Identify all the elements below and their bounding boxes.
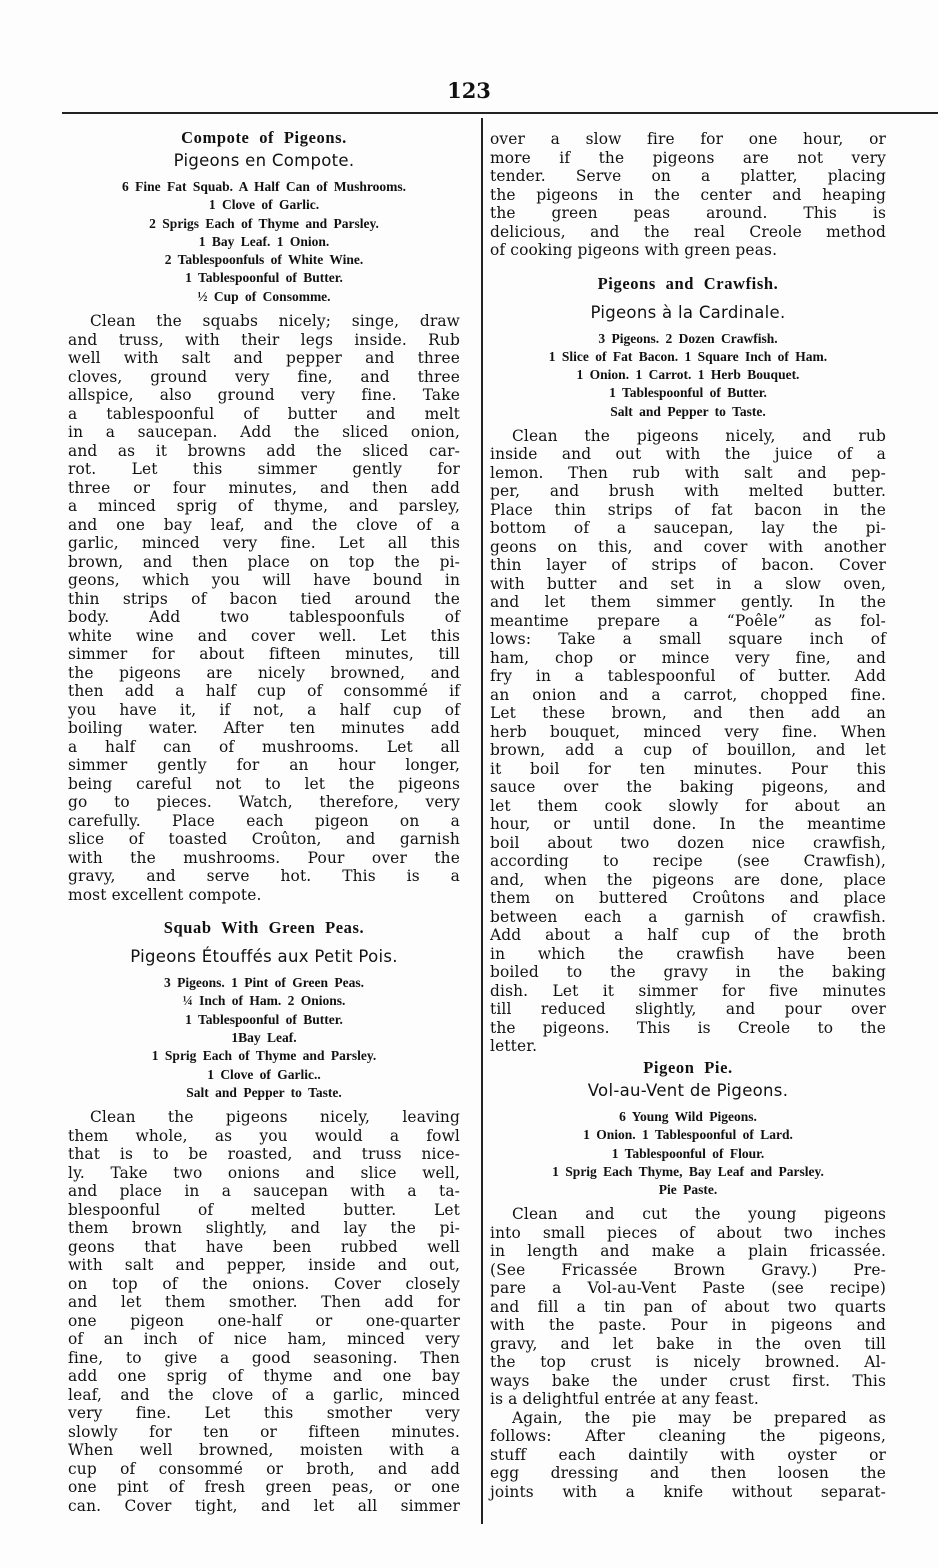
text-line: over a slow fire for one hour, or (490, 130, 886, 149)
ingredient-list: 3 Pigeons. 2 Dozen Crawfish.1 Slice of F… (490, 330, 886, 421)
text-line: (See Fricassée Brown Gravy.) Pre- (490, 1261, 886, 1280)
text-line: very fine. Let this smother very (68, 1404, 460, 1423)
text-line: between each a garnish of crawfish. (490, 908, 886, 927)
text-line: an onion and a carrot, chopped fine. (490, 686, 886, 705)
text-line: go to pieces. Watch, therefore, very (68, 793, 460, 812)
text-line: the pigeons are nicely browned, and (68, 664, 460, 683)
text-line: Clean the squabs nicely; singe, draw (68, 312, 460, 331)
text-line: with salt and pepper, inside and out, (68, 1256, 460, 1275)
text-line: cloves, ground very fine, and three (68, 368, 460, 387)
text-line: and as it browns add the sliced car- (68, 442, 460, 461)
text-line: lemon. Then rub with salt and pep- (490, 464, 886, 483)
ingredient-item: 3 Pigeons. 1 Pint of Green Peas. (68, 974, 460, 992)
text-line: brown, add a cup of bouillon, and let (490, 741, 886, 760)
ingredient-item: 1 Sprig Each Thyme, Bay Leaf and Parsley… (490, 1163, 886, 1181)
ingredient-item: 1 Tablespoonful of Butter. (68, 1011, 460, 1029)
text-line: and one bay leaf, and the clove of a (68, 516, 460, 535)
text-line: Place thin strips of fat bacon in the (490, 501, 886, 520)
text-line: and truss, with their legs inside. Rub (68, 331, 460, 350)
text-line: with the paste. Pour in pigeons and (490, 1316, 886, 1335)
text-line: boiled to the gravy in the baking (490, 963, 886, 982)
text-line: fry in a tablespoonful of butter. Add (490, 667, 886, 686)
ingredient-item: 1 Tablespoonful of Butter. (490, 384, 886, 402)
text-line: geons, which you will have bound in (68, 571, 460, 590)
ingredient-item: 1 Tablespoonful of Butter. (68, 269, 460, 287)
text-line: egg dressing and then loosen the (490, 1464, 886, 1483)
text-line: white wine and cover well. Let this (68, 627, 460, 646)
text-line: in a saucepan. Add the sliced onion, (68, 423, 460, 442)
text-line: and, when the pigeons are done, place (490, 871, 886, 890)
text-line: is a delightful entrée at any feast. (490, 1390, 886, 1409)
text-line: in length and make a plain fricassée. (490, 1242, 886, 1261)
ingredient-item: 1Bay Leaf. (68, 1029, 460, 1047)
text-line: leaf, and the clove of a garlic, minced (68, 1386, 460, 1405)
text-line: the pigeons. This is Creole to the (490, 1019, 886, 1038)
text-line: herb bouquet, minced very fine. When (490, 723, 886, 742)
ingredient-item: 3 Pigeons. 2 Dozen Crawfish. (490, 330, 886, 348)
text-line: simmer for about fifteen minutes, till (68, 645, 460, 664)
text-line: brown, and then place on top the pi- (68, 553, 460, 572)
text-line: till reduced slightly, and pour over (490, 1000, 886, 1019)
text-line: three or four minutes, and then add (68, 479, 460, 498)
text-line: them brown slightly, and lay the pi- (68, 1219, 460, 1238)
text-line: them on buttered Croûtons and place (490, 889, 886, 908)
text-line: of an inch of nice ham, minced very (68, 1330, 460, 1349)
text-line: Clean the pigeons nicely, and rub (490, 427, 886, 446)
text-line: geons that have been rubbed well (68, 1238, 460, 1257)
text-line: the pigeons in the center and heaping (490, 186, 886, 205)
text-line: garlic, minced very fine. Let all this (68, 534, 460, 553)
text-line: a half can of mushrooms. Let all (68, 738, 460, 757)
text-line: boiling water. After ten minutes add (68, 719, 460, 738)
text-line: a tablespoonful of butter and melt (68, 405, 460, 424)
recipe-instructions-alternate: Again, the pie may be prepared asfollows… (490, 1409, 886, 1502)
text-line: being careful not to let the pigeons (68, 775, 460, 794)
ingredient-item: 1 Sprig Each of Thyme and Parsley. (68, 1047, 460, 1065)
text-line: fine, to give a good seasoning. Then (68, 1349, 460, 1368)
recipe-subtitle: Vol-au-Vent de Pigeons. (490, 1080, 886, 1102)
recipe-instructions: Clean and cut the young pigeonsinto smal… (490, 1205, 886, 1409)
text-line: the green peas around. This is (490, 204, 886, 223)
text-line: carefully. Place each pigeon on a (68, 812, 460, 831)
text-line: allspice, also ground very fine. Take (68, 386, 460, 405)
text-line: on top of the onions. Cover closely (68, 1275, 460, 1294)
text-line: a minced sprig of thyme, and parsley, (68, 497, 460, 516)
continued-instructions: over a slow fire for one hour, ormore if… (490, 130, 886, 260)
text-line: Let these brown, and then add an (490, 704, 886, 723)
text-line: hour, or until done. In the meantime (490, 815, 886, 834)
recipe-title: Pigeons and Crawfish. (490, 274, 886, 294)
recipe-title: Pigeon Pie. (490, 1058, 886, 1078)
recipe-pigeon-pie: Pigeon Pie. Vol-au-Vent de Pigeons. 6 Yo… (490, 1058, 886, 1501)
text-line: add one sprig of thyme and one bay (68, 1367, 460, 1386)
right-column: over a slow fire for one hour, ormore if… (490, 130, 886, 1501)
text-line: that is to be roasted, and truss nice- (68, 1145, 460, 1164)
text-line: one pigeon one-half or one-quarter (68, 1312, 460, 1331)
ingredient-item: 1 Clove of Garlic. (68, 196, 460, 214)
text-line: you have it, if not, a half cup of (68, 701, 460, 720)
recipe-instructions: Clean the pigeons nicely, leavingthem wh… (68, 1108, 460, 1515)
text-line: it boil for ten minutes. Pour this (490, 760, 886, 779)
text-line: then add a half cup of consommé if (68, 682, 460, 701)
text-line: follows: After cleaning the pigeons, (490, 1427, 886, 1446)
text-line: bottom of a saucepan, lay the pi- (490, 519, 886, 538)
text-line: with the mushrooms. Pour over the (68, 849, 460, 868)
text-line: stuff each daintily with oyster or (490, 1446, 886, 1465)
text-line: can. Cover tight, and let all simmer (68, 1497, 460, 1516)
text-line: boil about two dozen nice crawfish, (490, 834, 886, 853)
text-line: one pint of fresh green peas, or one (68, 1478, 460, 1497)
text-line: body. Add two tablespoonfuls of (68, 608, 460, 627)
recipe-subtitle: Pigeons Étouffés aux Petit Pois. (68, 946, 460, 968)
text-line: and fill a tin pan of about two quarts (490, 1298, 886, 1317)
text-line: most excellent compote. (68, 886, 460, 905)
text-line: per, and brush with melted butter. (490, 482, 886, 501)
ingredient-item: 2 Sprigs Each of Thyme and Parsley. (68, 215, 460, 233)
recipe-subtitle: Pigeons à la Cardinale. (490, 302, 886, 324)
ingredient-item: 1 Onion. 1 Carrot. 1 Herb Bouquet. (490, 366, 886, 384)
recipe-instructions: Clean the squabs nicely; singe, drawand … (68, 312, 460, 904)
text-line: slice of toasted Croûton, and garnish (68, 830, 460, 849)
ingredient-list: 3 Pigeons. 1 Pint of Green Peas.¼ Inch o… (68, 974, 460, 1102)
text-line: inside and out with the juice of a (490, 445, 886, 464)
ingredient-item: 6 Young Wild Pigeons. (490, 1108, 886, 1126)
ingredient-list: 6 Fine Fat Squab. A Half Can of Mushroom… (68, 178, 460, 306)
text-line: pare a Vol-au-Vent Paste (see recipe) (490, 1279, 886, 1298)
book-page: 123 Compote of Pigeons. Pigeons en Compo… (0, 0, 938, 1568)
recipe-pigeons-and-crawfish: Pigeons and Crawfish. Pigeons à la Cardi… (490, 274, 886, 1056)
text-line: into small pieces of about two inches (490, 1224, 886, 1243)
text-line: dish. Let it simmer for five minutes (490, 982, 886, 1001)
text-line: gravy, and serve hot. This is a (68, 867, 460, 886)
ingredient-item: 1 Bay Leaf. 1 Onion. (68, 233, 460, 251)
ingredient-item: 1 Slice of Fat Bacon. 1 Square Inch of H… (490, 348, 886, 366)
ingredient-item: Pie Paste. (490, 1181, 886, 1199)
text-line: according to recipe (see Crawfish), (490, 852, 886, 871)
recipe-title: Squab With Green Peas. (68, 918, 460, 938)
text-line: thin layer of strips of bacon. Cover (490, 556, 886, 575)
text-line: Again, the pie may be prepared as (490, 1409, 886, 1428)
text-line: cup of consommé or broth, and add (68, 1460, 460, 1479)
text-line: and place in a saucepan with a ta- (68, 1182, 460, 1201)
ingredient-item: 2 Tablespoonfuls of White Wine. (68, 251, 460, 269)
left-column: Compote of Pigeons. Pigeons en Compote. … (68, 128, 460, 1515)
ingredient-item: Salt and Pepper to Taste. (490, 403, 886, 421)
page-number: 123 (0, 78, 938, 103)
text-line: lows: Take a small square inch of (490, 630, 886, 649)
recipe-squab-with-green-peas: Squab With Green Peas. Pigeons Étouffés … (68, 918, 460, 1515)
ingredient-item: ¼ Inch of Ham. 2 Onions. (68, 992, 460, 1010)
text-line: the top crust is nicely browned. Al- (490, 1353, 886, 1372)
ingredient-list: 6 Young Wild Pigeons.1 Onion. 1 Tablespo… (490, 1108, 886, 1199)
ingredient-item: 1 Onion. 1 Tablespoonful of Lard. (490, 1126, 886, 1144)
text-line: gravy, and let bake in the oven till (490, 1335, 886, 1354)
text-line: ly. Take two onions and slice well, (68, 1164, 460, 1183)
ingredient-item: 1 Tablespoonful of Flour. (490, 1145, 886, 1163)
text-line: sauce over the baking pigeons, and (490, 778, 886, 797)
ingredient-item: ½ Cup of Consomme. (68, 288, 460, 306)
text-line: and let them simmer gently. In the (490, 593, 886, 612)
text-line: ham, chop or mince very fine, and (490, 649, 886, 668)
text-line: with butter and set in a slow oven, (490, 575, 886, 594)
text-line: meantime prepare a “Poêle” as fol- (490, 612, 886, 631)
recipe-instructions: Clean the pigeons nicely, and rubinside … (490, 427, 886, 1056)
text-line: let them cook slowly for about an (490, 797, 886, 816)
text-line: simmer gently for an hour longer, (68, 756, 460, 775)
recipe-subtitle: Pigeons en Compote. (68, 150, 460, 172)
recipe-compote-of-pigeons: Compote of Pigeons. Pigeons en Compote. … (68, 128, 460, 904)
text-line: of cooking pigeons with green peas. (490, 241, 886, 260)
ingredient-item: 6 Fine Fat Squab. A Half Can of Mushroom… (68, 178, 460, 196)
text-line: joints with a knife without separat- (490, 1483, 886, 1502)
ingredient-item: Salt and Pepper to Taste. (68, 1084, 460, 1102)
recipe-title: Compote of Pigeons. (68, 128, 460, 148)
ingredient-item: 1 Clove of Garlic.. (68, 1066, 460, 1084)
column-divider (481, 118, 483, 1524)
text-line: Clean the pigeons nicely, leaving (68, 1108, 460, 1127)
text-line: Add about a half cup of the broth (490, 926, 886, 945)
text-line: more if the pigeons are not very (490, 149, 886, 168)
text-line: them whole, as you would a fowl (68, 1127, 460, 1146)
text-line: rot. Let this simmer gently for (68, 460, 460, 479)
text-line: geons on this, and cover with another (490, 538, 886, 557)
text-line: letter. (490, 1037, 886, 1056)
text-line: well with salt and pepper and three (68, 349, 460, 368)
text-line: ways bake the under crust first. This (490, 1372, 886, 1391)
text-line: Clean and cut the young pigeons (490, 1205, 886, 1224)
text-line: and let them smother. Then add for (68, 1293, 460, 1312)
text-line: delicious, and the real Creole method (490, 223, 886, 242)
text-line: blespoonful of melted butter. Let (68, 1201, 460, 1220)
text-line: tender. Serve on a platter, placing (490, 167, 886, 186)
text-line: thin strips of bacon tied around the (68, 590, 460, 609)
text-line: slowly for ten or fifteen minutes. (68, 1423, 460, 1442)
text-line: in which the crawfish have been (490, 945, 886, 964)
text-line: When well browned, moisten with a (68, 1441, 460, 1460)
header-rule (62, 112, 938, 114)
